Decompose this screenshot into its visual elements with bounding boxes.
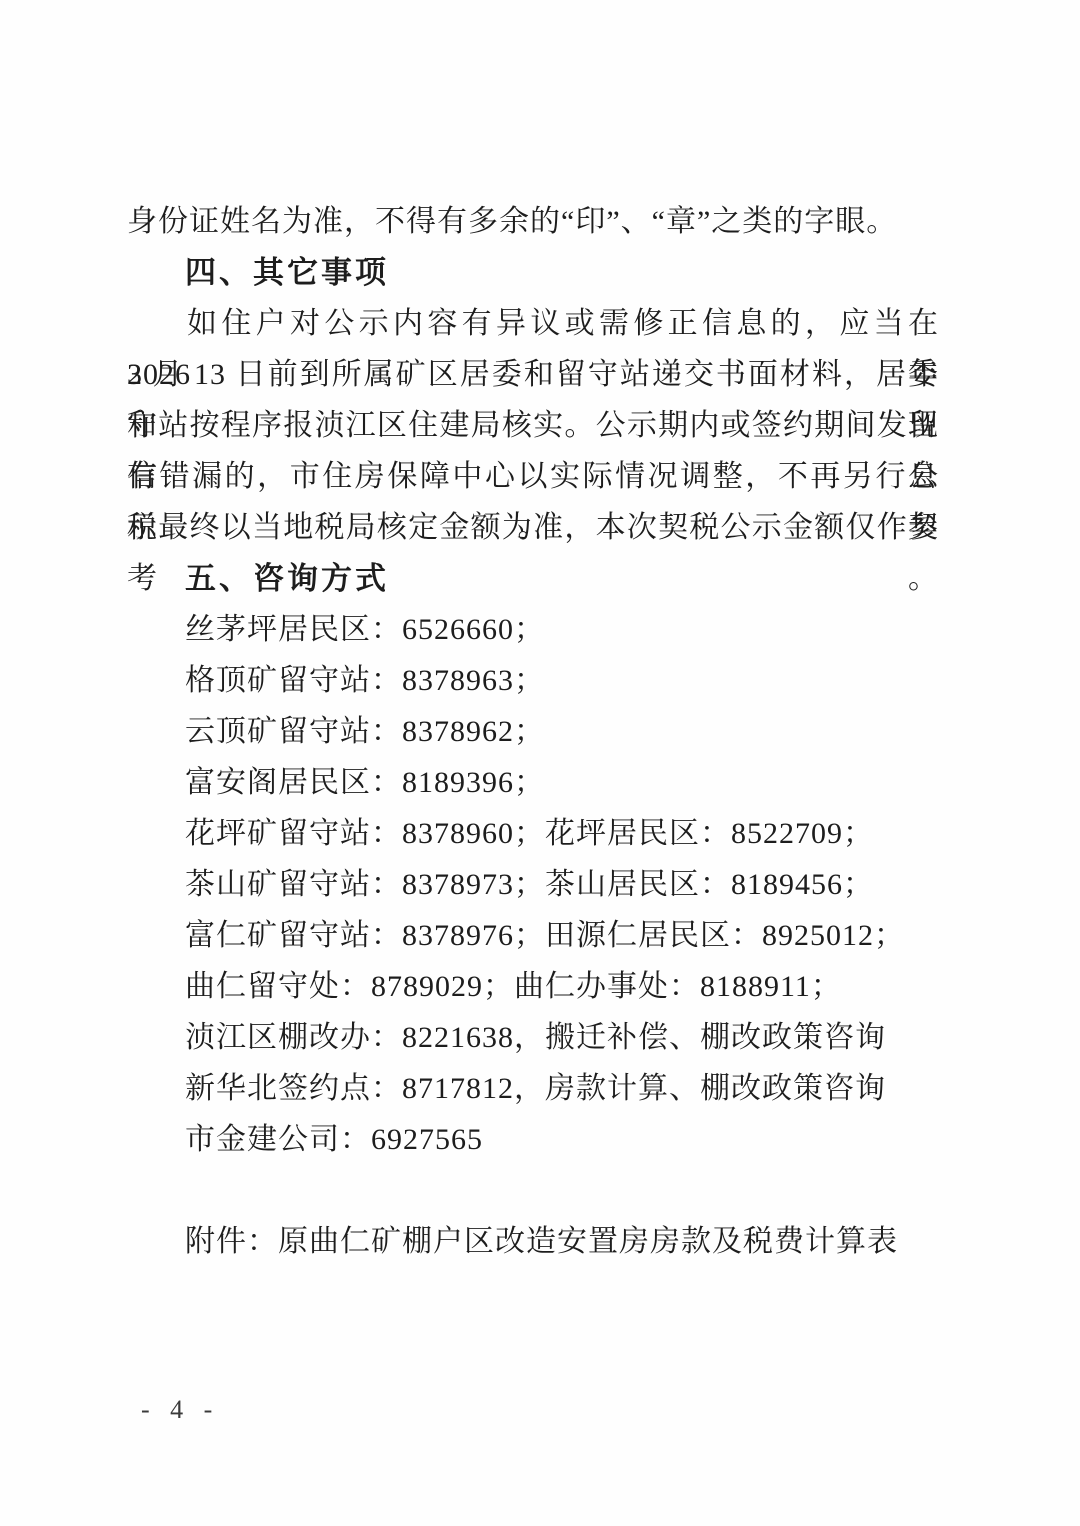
paragraph-line: 3 月 13 日前到所属矿区居委和留守站递交书面材料，居委和留 <box>127 349 939 400</box>
contact-line: 浈江区棚改办：8221638，搬迁补偿、棚改政策咨询 <box>127 1012 939 1063</box>
contact-line: 富仁矿留守站：8378976；田源仁居民区：8925012； <box>127 910 939 961</box>
document-content: 身份证姓名为准，不得有多余的“印”、“章”之类的字眼。 四、其它事项 如住户对公… <box>127 196 939 1267</box>
paragraph-line: 如住户对公示内容有异议或需修正信息的，应当在 2026 年 <box>127 298 939 349</box>
contact-line: 云顶矿留守站：8378962； <box>127 706 939 757</box>
continuation-text: 身份证姓名为准，不得有多余的“印”、“章”之类的字眼。 <box>127 196 939 247</box>
document-page: 身份证姓名为准，不得有多余的“印”、“章”之类的字眼。 四、其它事项 如住户对公… <box>0 0 1080 1526</box>
section-4-heading: 四、其它事项 <box>127 247 939 298</box>
contact-line: 市金建公司：6927565 <box>127 1114 939 1165</box>
contact-line: 格顶矿留守站：8378963； <box>127 655 939 706</box>
paragraph-line: 税最终以当地税局核定金额为准，本次契税公示金额仅作参考。 <box>127 502 939 553</box>
contact-line: 新华北签约点：8717812，房款计算、棚改政策咨询 <box>127 1063 939 1114</box>
contact-line: 丝茅坪居民区：6526660； <box>127 604 939 655</box>
paragraph-line: 守站按程序报浈江区住建局核实。公示期内或签约期间发现信息 <box>127 400 939 451</box>
section-4-paragraph: 如住户对公示内容有异议或需修正信息的，应当在 2026 年 3 月 13 日前到… <box>127 298 939 553</box>
contact-line: 茶山矿留守站：8378973；茶山居民区：8189456； <box>127 859 939 910</box>
paragraph-line: 有错漏的，市住房保障中心以实际情况调整，不再另行公示。契 <box>127 451 939 502</box>
attachment-line: 附件：原曲仁矿棚户区改造安置房房款及税费计算表 <box>127 1216 939 1267</box>
contact-line: 富安阁居民区：8189396； <box>127 757 939 808</box>
contact-line: 曲仁留守处：8789029；曲仁办事处：8188911； <box>127 961 939 1012</box>
contact-line: 花坪矿留守站：8378960；花坪居民区：8522709； <box>127 808 939 859</box>
contact-list: 丝茅坪居民区：6526660； 格顶矿留守站：8378963； 云顶矿留守站：8… <box>127 604 939 1165</box>
page-number: - 4 - <box>141 1395 219 1425</box>
